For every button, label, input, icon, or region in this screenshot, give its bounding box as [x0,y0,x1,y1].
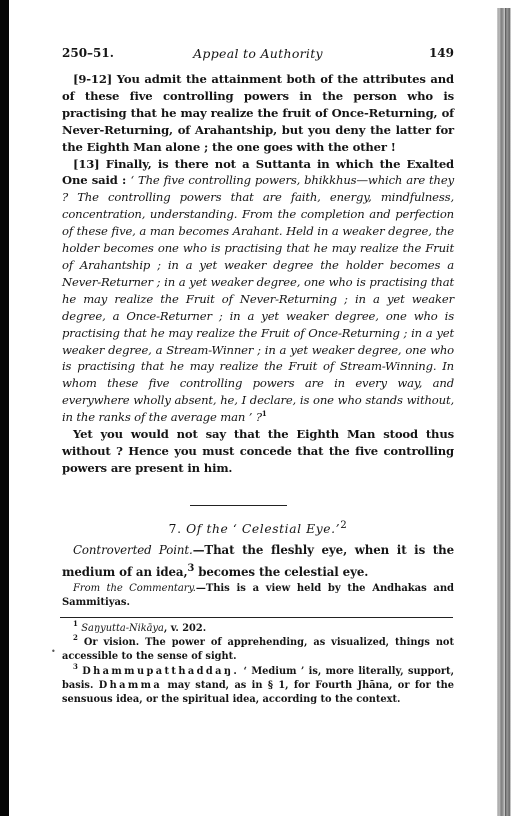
commentary-label: From the Commentary. [73,583,196,594]
paragraph-13: [13] Finally, is there not a Suttanta in… [62,156,454,427]
footnote-2-text: Or vision. The power of apprehending, as… [62,637,454,662]
section-title: Of the ‘ Celestial Eye.’ [186,522,340,536]
sutta-quotation: ‘ The five controlling powers, bhikkhus—… [62,173,454,424]
section-number: 7. [169,522,182,536]
body-text: [9-12] You admit the attainment both of … [62,71,454,477]
page-edge-right [497,8,511,816]
running-title: Appeal to Authority [62,46,454,61]
section-heading: 7. Of the ‘ Celestial Eye.’2 [62,519,454,536]
footnote-ref-1[interactable]: 1 [262,409,267,418]
footnote-2: 2 Or vision. The power of apprehending, … [62,636,454,664]
footnote-1-title: Saŋyutta-Nikāya [81,623,164,634]
scan-border-left [0,0,9,816]
margin-mark: • [51,647,56,656]
footnotes: 1 Saŋyutta-Nikāya, v. 202. 2 Or vision. … [62,622,454,707]
controverted-point: Controverted Point.—That the fleshly eye… [62,542,454,581]
footnote-1-text: , v. 202. [164,623,206,634]
page-number: 149 [429,46,454,60]
footnote-3-number: 3 [73,662,78,671]
section-divider [190,505,287,506]
commentary-paragraph: From the Commentary.—This is a view held… [62,582,454,611]
commentary: From the Commentary.—This is a view held… [62,582,454,611]
controverted-point-text-b: becomes the celestial eye. [194,564,368,578]
footnote-rule [60,617,453,618]
footnote-1: 1 Saŋyutta-Nikāya, v. 202. [62,622,454,636]
footnote-1-number: 1 [73,619,78,628]
controverted-point-paragraph: Controverted Point.—That the fleshly eye… [62,542,454,581]
running-head: 250–51. Appeal to Authority 149 [62,46,454,62]
footnote-3-term2: Dhamma [99,680,162,691]
footnote-3: 3 Dhammupatthaddaŋ. ‘ Medium ’ is, more … [62,665,454,708]
controverted-point-label: Controverted Point. [73,543,193,557]
footnote-ref-2[interactable]: 2 [340,519,347,531]
footnote-3-term: Dhammupatthaddaŋ. [82,666,239,677]
footnote-2-number: 2 [73,633,78,642]
paragraph-conclusion: Yet you would not say that the Eighth Ma… [62,426,454,477]
paragraph-9-12: [9-12] You admit the attainment both of … [62,71,454,156]
